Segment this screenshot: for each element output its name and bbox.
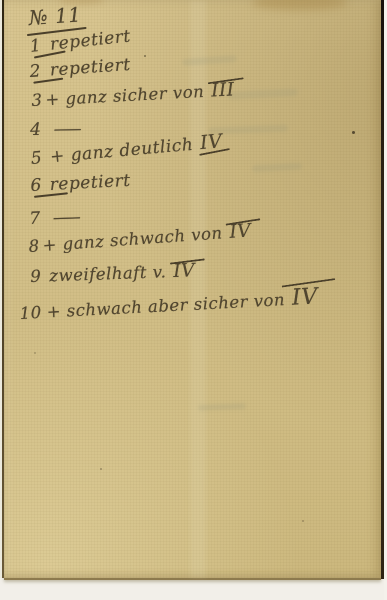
stain <box>252 0 347 10</box>
list-item: 4— <box>30 120 71 139</box>
ink-speck <box>144 55 146 57</box>
roman-numeral: IV <box>291 284 318 310</box>
list-item: 6repetiert <box>30 172 131 196</box>
paper-page: № 11 1repetiert2repetiert3+ ganz sicher … <box>4 0 381 580</box>
ink-speck <box>34 352 36 354</box>
item-number: 6 <box>30 176 42 195</box>
item-text: — <box>52 208 82 228</box>
item-text: repetiert <box>49 172 131 195</box>
item-number: 4 <box>30 121 42 140</box>
roman-numeral: IV <box>173 261 195 282</box>
list-item: 7— <box>29 209 70 229</box>
scan-background: № 11 1repetiert2repetiert3+ ganz sicher … <box>0 0 387 600</box>
item-text: + schwach aber sicher von <box>46 291 285 322</box>
item-number: 10 <box>19 304 42 323</box>
item-text: — <box>53 120 82 139</box>
item-text: + ganz schwach von <box>42 224 223 255</box>
item-number: 8 <box>28 237 40 256</box>
item-number: 1 <box>29 37 42 57</box>
item-text: + ganz deutlich <box>49 136 194 167</box>
roman-numeral: IV <box>229 221 252 243</box>
list-item: 9zweifelhaft v.IV <box>30 261 195 287</box>
ink-bleed-mark <box>198 403 246 411</box>
item-text: zweifelhaft v. <box>49 263 167 285</box>
ink-speck <box>302 520 304 522</box>
item-number: 3 <box>31 91 43 110</box>
note-heading: № 11 <box>28 3 82 29</box>
ink-speck <box>352 131 355 134</box>
ink-speck <box>100 468 102 470</box>
paper-edge-left <box>2 0 4 578</box>
item-number: 7 <box>29 210 41 229</box>
list-item: 3+ ganz sicher vonIII <box>31 80 235 111</box>
item-number: 9 <box>30 268 42 287</box>
item-text: + ganz sicher von <box>45 83 205 109</box>
roman-numeral: III <box>211 80 235 102</box>
ink-bleed-mark <box>228 88 298 100</box>
heading-text: № 11 <box>28 3 82 29</box>
item-number: 5 <box>30 149 43 169</box>
item-number: 2 <box>29 62 42 81</box>
list-item: 10+ schwach aber sicher vonIV <box>19 284 318 324</box>
item-text: repetiert <box>49 56 131 80</box>
ink-bleed-mark <box>182 55 237 66</box>
ink-bleed-mark <box>252 163 302 173</box>
roman-numeral: IV <box>199 131 223 154</box>
list-item: 2repetiert <box>29 56 131 82</box>
